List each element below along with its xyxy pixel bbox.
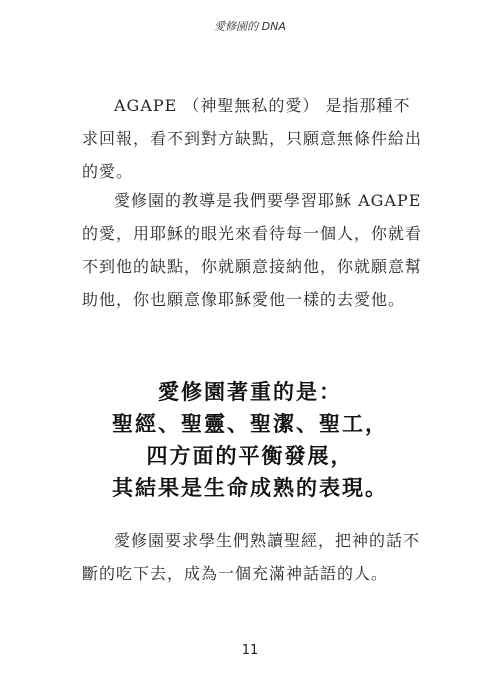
paragraph-bible-study: 愛修園要求學生們熟讀聖經，把神的話不斷的吃下去，成為一個充滿神話語的人。 — [82, 524, 422, 590]
paragraph-teaching: 愛修園的教導是我們要學習耶穌 AGAPE 的愛，用耶穌的眼光來看待每一個人，你就… — [82, 184, 422, 316]
emphasis-line: 四方面的平衡發展， — [0, 440, 500, 472]
emphasis-line: 愛修園著重的是： — [0, 376, 500, 408]
running-header: 愛修園的 DNA — [0, 18, 500, 34]
page-number: 11 — [0, 643, 500, 658]
emphasis-line: 其結果是生命成熟的表現。 — [0, 472, 500, 504]
emphasis-line: 聖經、聖靈、聖潔、聖工， — [0, 408, 500, 440]
emphasis-block: 愛修園著重的是： 聖經、聖靈、聖潔、聖工， 四方面的平衡發展， 其結果是生命成熟… — [0, 376, 500, 504]
paragraph-agape-definition: AGAPE （神聖無私的愛） 是指那種不求回報，看不到對方缺點，只願意無條件給出… — [82, 89, 422, 188]
